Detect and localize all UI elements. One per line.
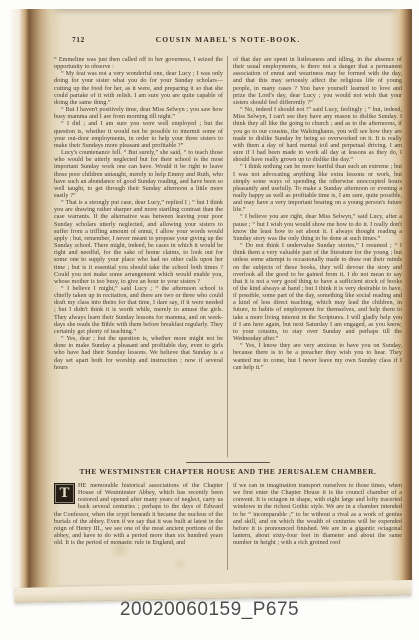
paragraph: “ I did ; and I am sure you were well em…: [54, 120, 223, 149]
article2-columns: T HE memorable historical associations o…: [54, 482, 402, 570]
drop-cap-initial: T: [54, 483, 75, 504]
paragraph: “ I believe I might,” said Lucy ; “ the …: [54, 285, 223, 335]
article2-right-column: if we can in imagination transport ourse…: [227, 482, 402, 570]
article2-heading: THE WESTMINSTER CHAPTER HOUSE AND THE JE…: [54, 467, 402, 476]
scanned-book-photo: 712 COUSIN MABEL'S NOTE-BOOK. “ Emmeline…: [0, 0, 419, 640]
running-title: COUSIN MABEL'S NOTE-BOOK.: [54, 35, 402, 44]
article2-left-column: T HE memorable historical associations o…: [54, 482, 223, 570]
article1-right-column: of that day are spent in listlessness an…: [227, 56, 402, 457]
article1-columns: “ Emmeline was just then called off to h…: [54, 56, 402, 457]
section-divider-rule: [186, 462, 270, 463]
page-content: 712 COUSIN MABEL'S NOTE-BOOK. “ Emmeline…: [54, 35, 402, 570]
paragraph: if we can in imagination transport ourse…: [233, 482, 402, 546]
page-number: 712: [72, 35, 85, 44]
scan-id-label: 20020060159_P675: [0, 599, 419, 621]
paragraph: Lucy's countenance fell. “ But surely,” …: [54, 149, 223, 199]
paragraph: of that day are spent in listlessness an…: [233, 56, 402, 106]
paragraph: “ I think nothing can be more hurtful th…: [233, 163, 402, 213]
page-header: 712 COUSIN MABEL'S NOTE-BOOK.: [54, 35, 402, 47]
paragraph: “ But I haven't positively time, dear Mi…: [54, 106, 223, 120]
paragraph: “ I believe you are right, dear Miss Sel…: [233, 213, 402, 242]
paragraph: “ Do not think I undervalue Sunday stori…: [233, 242, 402, 342]
article1-left-column: “ Emmeline was just then called off to h…: [54, 56, 223, 457]
paragraph: “ Yes, dear ; but the question is, wheth…: [54, 335, 223, 371]
paragraph: “ No, indeed I should not !” said Lucy, …: [233, 106, 402, 163]
book-page: 712 COUSIN MABEL'S NOTE-BOOK. “ Emmeline…: [10, 9, 412, 588]
paragraph: “ My feat was not a very wonderful one, …: [54, 70, 223, 106]
paragraph: “ Yes, I know they are very anxious to h…: [233, 342, 402, 371]
paragraph: HE memorable historical associations of …: [54, 482, 223, 546]
paragraph: “ That is a strongly put case, dear Lucy…: [54, 199, 223, 285]
paragraph: “ Emmeline was just then called off to h…: [54, 56, 223, 70]
